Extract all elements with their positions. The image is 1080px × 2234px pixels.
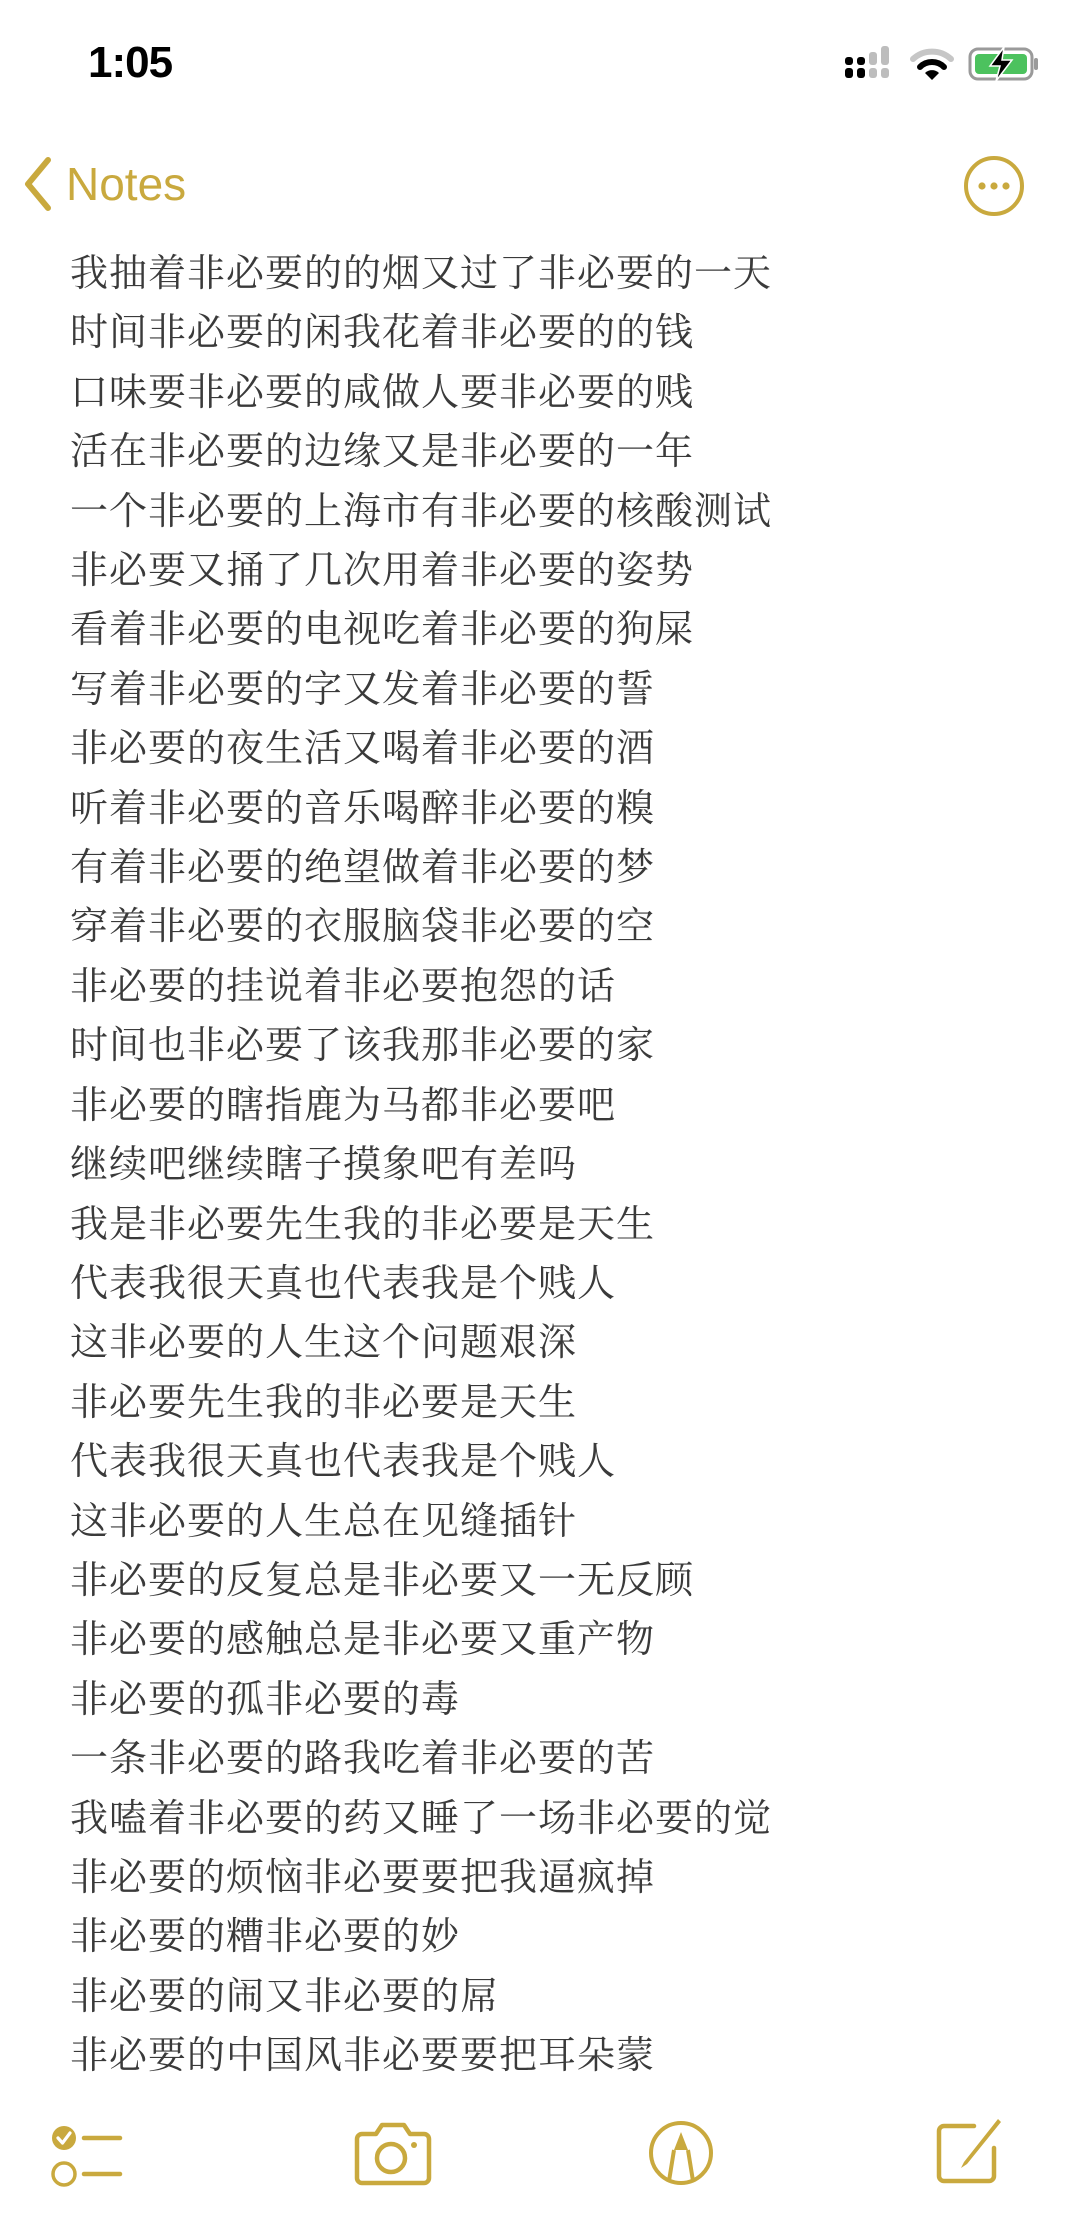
chevron-left-icon: [22, 156, 52, 212]
note-line: 穿着非必要的衣服脑袋非必要的空: [70, 897, 1030, 956]
note-line: 口味要非必要的咸做人要非必要的贱: [70, 363, 1030, 422]
status-time: 1:05: [88, 38, 172, 88]
note-line: 非必要的夜生活又喝着非必要的酒: [70, 719, 1030, 778]
note-line: 非必要的挂说着非必要抱怨的话: [70, 957, 1030, 1016]
camera-icon: [354, 2120, 432, 2186]
nav-bar: Notes: [0, 150, 1080, 240]
markup-pen-icon: [646, 2118, 716, 2188]
note-line: 一条非必要的路我吃着非必要的苦: [70, 1729, 1030, 1788]
note-line: 我是非必要先生我的非必要是天生: [70, 1195, 1030, 1254]
note-line: 我嗑着非必要的药又睡了一场非必要的觉: [70, 1789, 1030, 1848]
note-line: 这非必要的人生总在见缝插针: [70, 1492, 1030, 1551]
back-button[interactable]: Notes: [22, 156, 186, 212]
note-line: 非必要的孤非必要的毒: [70, 1670, 1030, 1729]
note-body[interactable]: 我抽着非必要的的烟又过了非必要的一天 时间非必要的闲我花着非必要的的钱 口味要非…: [70, 244, 1030, 2086]
ellipsis-circle-icon: [962, 154, 1026, 218]
note-line: 写着非必要的字又发着非必要的誓: [70, 660, 1030, 719]
note-line: 听着非必要的音乐喝醉非必要的糗: [70, 779, 1030, 838]
note-line: 有着非必要的绝望做着非必要的梦: [70, 838, 1030, 897]
note-line: 我抽着非必要的的烟又过了非必要的一天: [70, 244, 1030, 303]
note-line: 非必要的中国风非必要要把耳朵蒙: [70, 2026, 1030, 2085]
note-line: 时间也非必要了该我那非必要的家: [70, 1016, 1030, 1075]
compose-icon: [934, 2114, 1004, 2186]
markup-button[interactable]: [646, 2118, 716, 2192]
note-line: 这非必要的人生这个问题艰深: [70, 1313, 1030, 1372]
checklist-icon: [50, 2124, 124, 2190]
note-line: 代表我很天真也代表我是个贱人: [70, 1432, 1030, 1491]
note-line: 非必要的闹又非必要的屌: [70, 1967, 1030, 2026]
note-line: 活在非必要的边缘又是非必要的一年: [70, 422, 1030, 481]
wifi-icon: [910, 47, 954, 81]
note-line: 非必要的烦恼非必要要把我逼疯掉: [70, 1848, 1030, 1907]
status-icons: [844, 46, 1040, 82]
compose-button[interactable]: [934, 2114, 1004, 2190]
cellular-signal-icon: [844, 46, 896, 82]
note-line: 非必要的糟非必要的妙: [70, 1907, 1030, 1966]
camera-button[interactable]: [354, 2120, 432, 2190]
note-line: 非必要先生我的非必要是天生: [70, 1373, 1030, 1432]
status-bar: 1:05: [0, 0, 1080, 130]
note-line: 非必要的反复总是非必要又一无反顾: [70, 1551, 1030, 1610]
note-line: 一个非必要的上海市有非必要的核酸测试: [70, 482, 1030, 541]
note-line: 非必要的瞎指鹿为马都非必要吧: [70, 1076, 1030, 1135]
battery-charging-icon: [968, 46, 1040, 82]
note-line: 非必要的感触总是非必要又重产物: [70, 1610, 1030, 1669]
note-line: 非必要又捅了几次用着非必要的姿势: [70, 541, 1030, 600]
more-button[interactable]: [962, 154, 1026, 218]
checklist-button[interactable]: [50, 2124, 124, 2194]
note-line: 时间非必要的闲我花着非必要的的钱: [70, 303, 1030, 362]
note-line: 代表我很天真也代表我是个贱人: [70, 1254, 1030, 1313]
back-label: Notes: [66, 157, 186, 211]
note-line: 看着非必要的电视吃着非必要的狗屎: [70, 600, 1030, 659]
note-line: 继续吧继续瞎子摸象吧有差吗: [70, 1135, 1030, 1194]
bottom-toolbar: [0, 2120, 1080, 2230]
